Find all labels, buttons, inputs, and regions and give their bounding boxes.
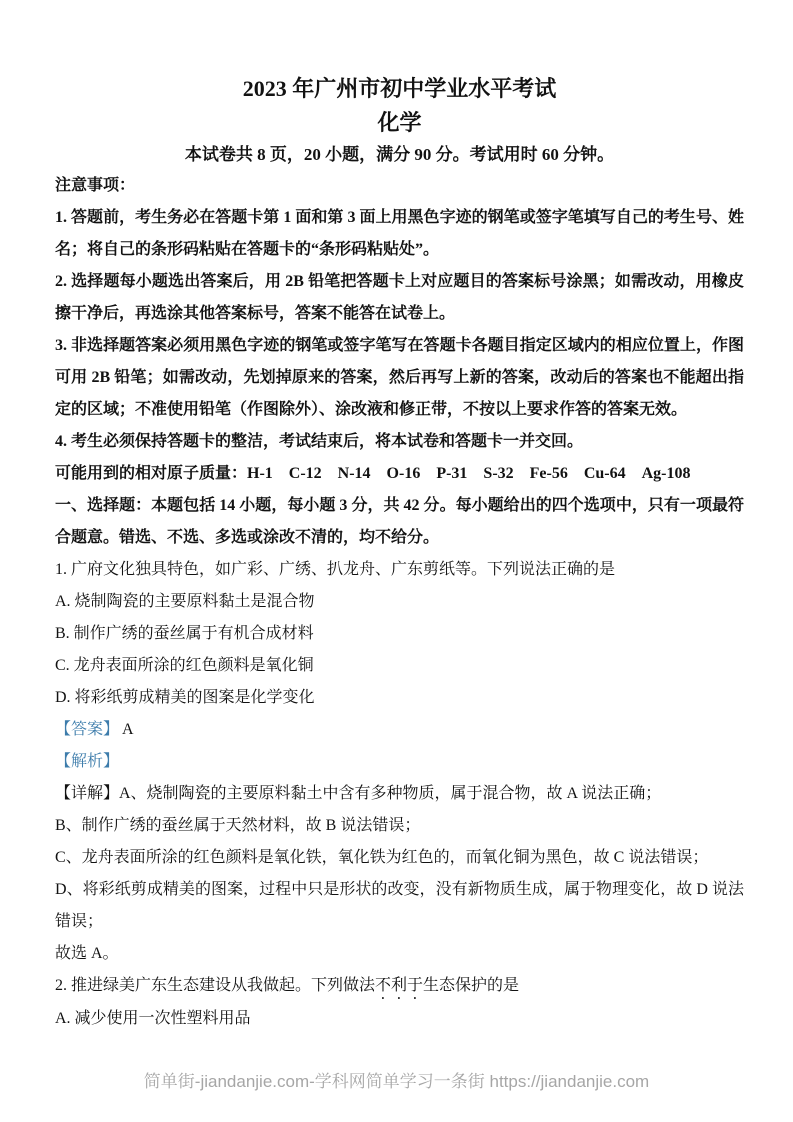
notice-item-3: 3. 非选择题答案必须用黑色字迹的钢笔或签字笔写在答题卡各题目指定区域内的相应位… [55, 330, 744, 426]
atomic-mass-line: 可能用到的相对原子质量：H-1 C-12 N-14 O-16 P-31 S-32… [55, 458, 744, 490]
answer-value: A [119, 721, 134, 738]
question-1-analysis-row: 【解析】 [55, 746, 744, 778]
question-1-answer-row: 【答案】A [55, 714, 744, 746]
exam-info-line: 本试卷共 8 页，20 小题，满分 90 分。考试用时 60 分钟。 [55, 140, 744, 170]
notice-item-1: 1. 答题前，考生务必在答题卡第 1 面和第 3 面上用黑色字迹的钢笔或签字笔填… [55, 202, 744, 266]
question-1-detail-line-3: C、龙舟表面所涂的红色颜料是氧化铁，氧化铁为红色的，而氧化铜为黑色，故 C 说法… [55, 842, 744, 874]
exam-title: 2023 年广州市初中学业水平考试 [55, 72, 744, 106]
question-1-detail-line-4: D、将彩纸剪成精美的图案，过程中只是形状的改变，没有新物质生成，属于物理变化，故… [55, 874, 744, 938]
question-1-detail-conclusion: 故选 A。 [55, 938, 744, 970]
question-1-detail-line-2: B、制作广绣的蚕丝属于天然材料，故 B 说法错误； [55, 810, 744, 842]
analysis-label: 【解析】 [55, 753, 119, 770]
notice-item-2: 2. 选择题每小题选出答案后，用 2B 铅笔把答题卡上对应题目的答案标号涂黑；如… [55, 266, 744, 330]
answer-label: 【答案】 [55, 721, 119, 738]
question-1-option-b: B. 制作广绣的蚕丝属于有机合成材料 [55, 618, 744, 650]
question-2-option-a: A. 减少使用一次性塑料用品 [55, 1003, 744, 1035]
exam-document-page: 2023 年广州市初中学业水平考试 化学 本试卷共 8 页，20 小题，满分 9… [0, 0, 793, 1122]
question-1-stem: 1. 广府文化独具特色，如广彩、广绣、扒龙舟、广东剪纸等。下列说法正确的是 [55, 554, 744, 586]
footer-watermark: 简单街-jiandanjie.com-学科网简单学习一条街 https://ji… [0, 1070, 793, 1094]
notice-item-4: 4. 考生必须保持答题卡的整洁，考试结束后，将本试卷和答题卡一并交回。 [55, 426, 744, 458]
question-1-detail-line-1: 【详解】A、烧制陶瓷的主要原料黏土中含有多种物质，属于混合物，故 A 说法正确； [55, 778, 744, 810]
question-2-stem-prefix: 2. 推进绿美广东生态建设从我做起。下列做法 [55, 977, 375, 994]
question-1-option-a: A. 烧制陶瓷的主要原料黏土是混合物 [55, 586, 744, 618]
question-2-stem-suffix: 生态保护的是 [423, 977, 519, 994]
question-2-stem: 2. 推进绿美广东生态建设从我做起。下列做法不利于生态保护的是 [55, 970, 744, 1003]
question-1-option-d: D. 将彩纸剪成精美的图案是化学变化 [55, 682, 744, 714]
question-1-option-c: C. 龙舟表面所涂的红色颜料是氧化铜 [55, 650, 744, 682]
section-1-heading: 一、选择题：本题包括 14 小题，每小题 3 分，共 42 分。每小题给出的四个… [55, 490, 744, 554]
question-2-emphasized-text: 不利于 [375, 977, 423, 994]
notices-heading: 注意事项： [55, 170, 744, 202]
subject-title: 化学 [55, 106, 744, 140]
